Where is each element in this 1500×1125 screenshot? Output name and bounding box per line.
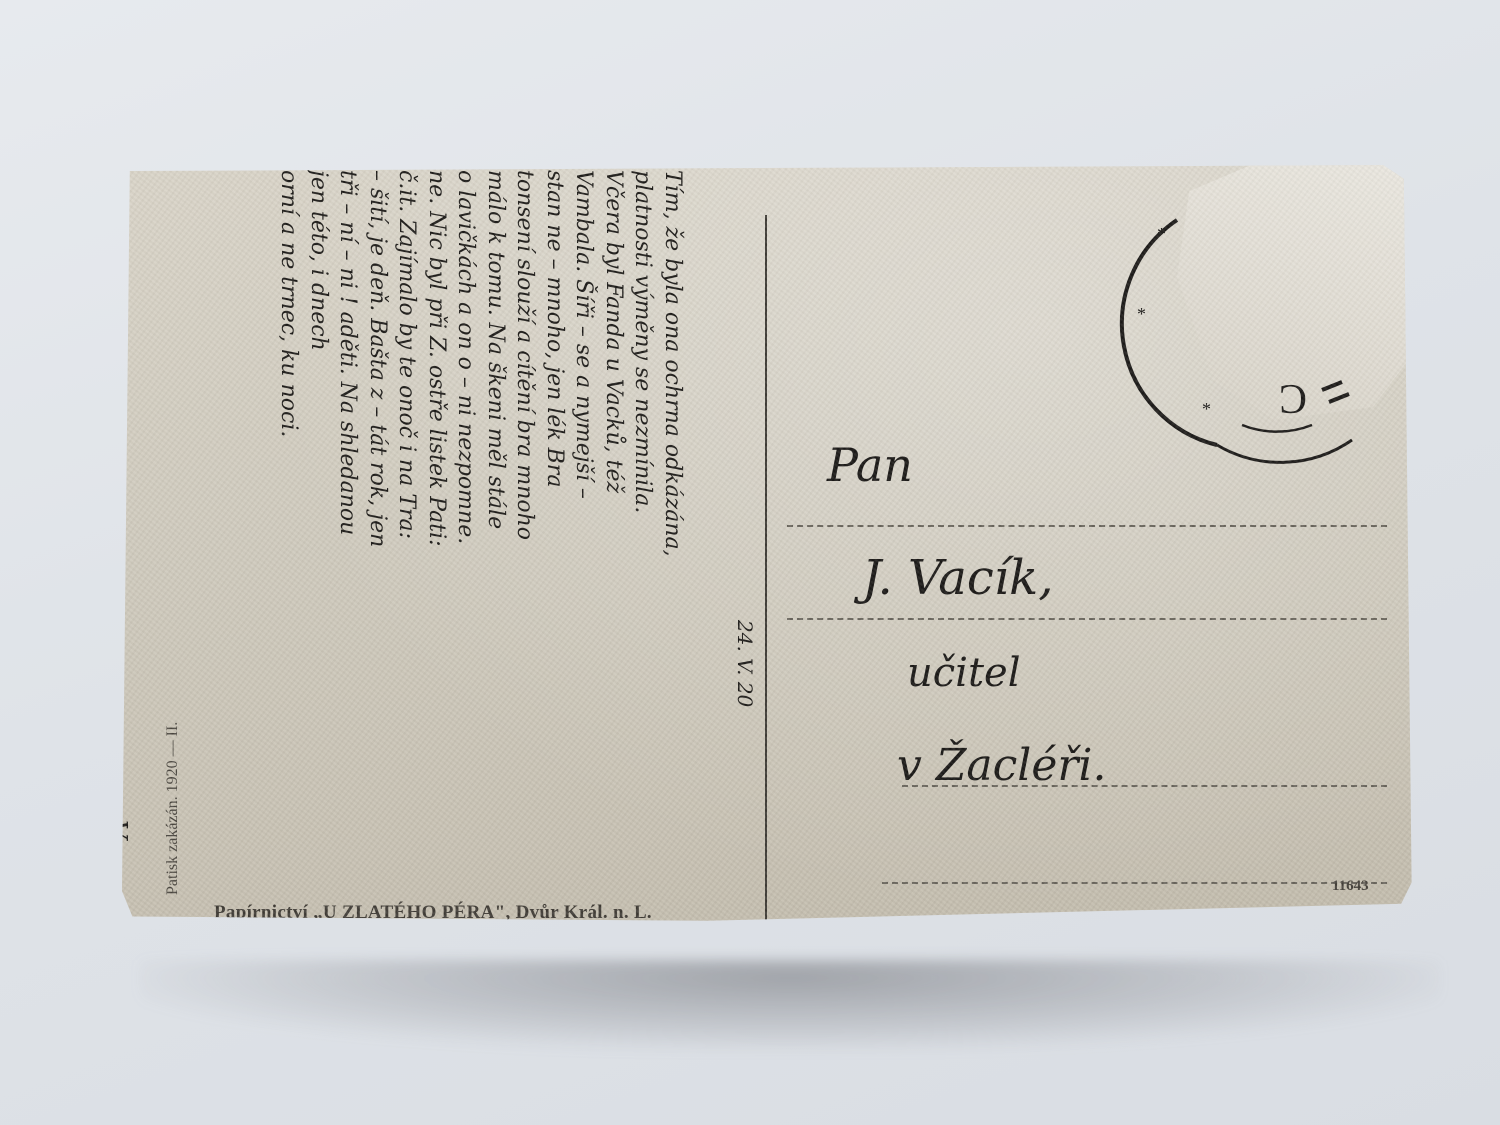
postmark-letter: C: [1279, 375, 1307, 421]
message-line: č.it. Zajímalo by te onoč i na Tra:: [392, 170, 422, 890]
message-line: Vambala. Šíři – se a nymejší –: [569, 170, 599, 890]
message-line: – šití, je deň. Bašta z – tát rok, jen: [363, 170, 393, 890]
address-line-4: [882, 882, 1387, 884]
address-place: v Žacléři.: [897, 740, 1107, 791]
message-line: ne. Nic byl při Z. ostře listek Pati:: [422, 170, 452, 890]
address-line-3: [902, 785, 1387, 787]
postmark-star: *: [1157, 224, 1166, 244]
reprint-notice: Patisk zakázán. 1920 — II.: [164, 722, 182, 895]
address-salutation: Pan: [827, 438, 913, 492]
publisher-imprint: Papírnictví „U ZLATÉHO PÉRA", Dvůr Král.…: [214, 902, 652, 924]
message-line: tonsení slouží a cítění bra mnoho: [510, 170, 540, 890]
message-date: 24. V. 20: [733, 620, 757, 707]
card-shadow: [140, 960, 1440, 1050]
message-line: o lavičkách a on o – ni nezpomne.: [451, 170, 481, 890]
address-title: učitel: [907, 650, 1021, 696]
postcard: * * * C Tím, že byla ona ochrna odkázána…: [122, 160, 1422, 1010]
catalog-number: 11643: [1332, 878, 1369, 895]
address-line-1: [787, 525, 1387, 527]
message-line: Včera byl Fanda u Vacků, též: [599, 170, 629, 890]
center-divider: [765, 215, 767, 920]
message-line: stan ne – mnoho, jen lék Bra: [540, 170, 570, 890]
message-line: málo k tomu. Na škeni měl stále: [481, 170, 511, 890]
postmark-icon: * * * C: [1107, 210, 1377, 470]
address-name: J. Vacík,: [862, 550, 1053, 606]
postmark-star: *: [1137, 304, 1146, 324]
address-line-2: [787, 618, 1387, 620]
signature: V.: [102, 820, 132, 843]
postmark-star: *: [1202, 399, 1211, 419]
message-line: orní a ne trnec, ku noci.: [274, 170, 304, 890]
message-line: platnosti výměny se nezmínila.: [628, 170, 658, 890]
message-line: jen této, i dnech: [304, 170, 334, 890]
handwritten-message: Tím, že byla ona ochrna odkázána, platno…: [274, 170, 687, 890]
message-line: tři – ní – ni ! aděti. Na shledanou: [333, 170, 363, 890]
message-line: Tím, že byla ona ochrna odkázána,: [658, 170, 688, 890]
